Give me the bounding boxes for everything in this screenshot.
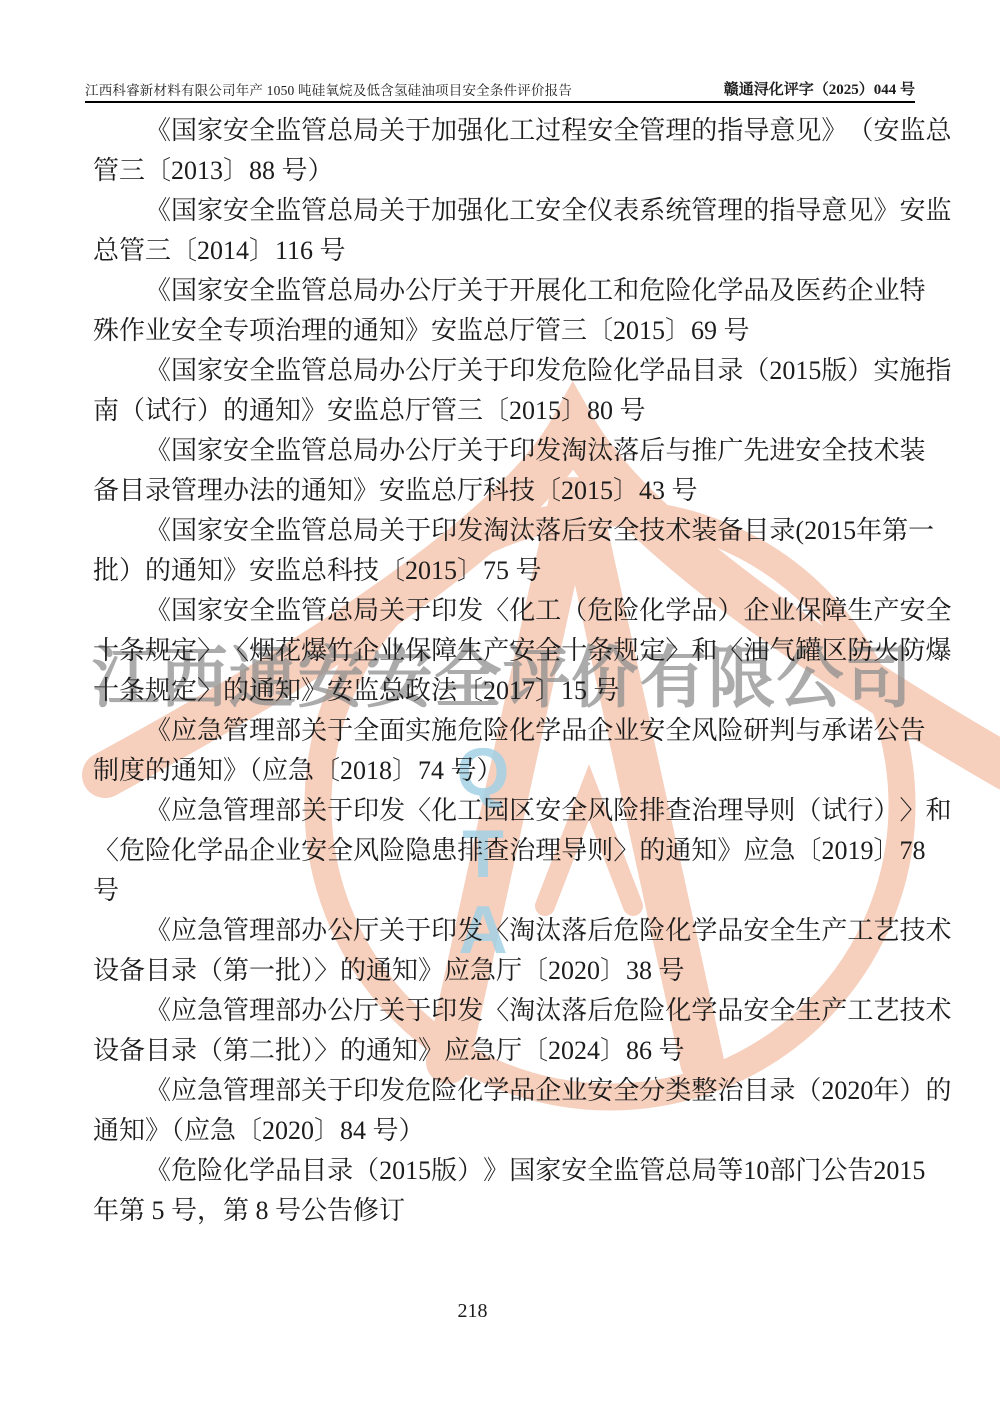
body-line-token: 见 [795, 111, 821, 151]
body-line-token: 《 [145, 711, 171, 751]
body-line-token: 印 [431, 991, 457, 1031]
body-line-token: 治 [691, 791, 717, 831]
body-line-token: 面 [379, 711, 405, 751]
body-line-token: 管 [223, 911, 249, 951]
body-line-token: 品 [665, 351, 691, 391]
body-line-token: 关 [379, 991, 405, 1031]
body-line-token: 安 [223, 591, 249, 631]
body-line-token: 十 [93, 631, 119, 671]
body-line-token: 业 [275, 831, 301, 871]
body-line-token: 治 [717, 1071, 743, 1111]
body-line-token: 关 [457, 431, 483, 471]
body-line-token: 办 [379, 351, 405, 391]
body-line-token: 整 [691, 1071, 717, 1111]
body-line-token: 危 [119, 831, 145, 871]
body-line-token: 全 [821, 431, 847, 471]
body-line-token: 化 [665, 991, 691, 1031]
body-line-token: 管 [301, 431, 327, 471]
body-line-token: 全 [561, 791, 587, 831]
body-line-token: 安 [899, 191, 925, 231]
body-line-token: 后 [639, 431, 665, 471]
body-line-token: 〕 [873, 831, 899, 871]
body-line-token: 十 [561, 631, 587, 671]
body-line-token: 总 [327, 111, 353, 151]
body-line-token: 安 [223, 511, 249, 551]
body-line-token: 急 [197, 1071, 223, 1111]
body-line-token: 全 [665, 711, 691, 751]
body-line-token: 药 [821, 271, 847, 311]
body-line-token: 指 [769, 191, 795, 231]
body-line-token: 理 [665, 111, 691, 151]
body-line-token: 安 [587, 1071, 613, 1111]
body-line-token: 监 [275, 351, 301, 391]
body-line-token: 生 [795, 911, 821, 951]
body-line-token: 化 [457, 1071, 483, 1111]
body-line-token: 《 [145, 431, 171, 471]
body-line-token: 局 [353, 271, 379, 311]
body-line-token: 2020 [821, 1071, 873, 1111]
body-line-token: 〉 [613, 831, 639, 871]
body-line-token: 工 [847, 991, 873, 1031]
body-line-token: 推 [691, 431, 717, 471]
body-line-token: 施 [431, 711, 457, 751]
body-line-token: 工 [535, 591, 561, 631]
body-line-token: 国 [171, 191, 197, 231]
body-line-token: 国 [171, 431, 197, 471]
body-line-token: 导 [795, 191, 821, 231]
body-line-token: 程 [561, 111, 587, 151]
body-line-token: 竹 [327, 631, 353, 671]
body-line-token: 实 [405, 711, 431, 751]
body-line-token: 于 [483, 351, 509, 391]
body-line-token: 录 [769, 511, 795, 551]
body-line-token: 管 [223, 991, 249, 1031]
body-line-token: 品 [275, 1151, 301, 1191]
body-line-token: 年 [873, 1071, 899, 1111]
body-line-token: 国 [171, 511, 197, 551]
body-line-token: 工 [509, 111, 535, 151]
body-line: 通知》（应急〔2020〕84 号） [93, 1111, 915, 1151]
body-line-token: 见 [847, 191, 873, 231]
body-line-token: 关 [457, 271, 483, 311]
body-line-token: 产 [873, 591, 899, 631]
body-line-token: 》 [483, 1151, 509, 1191]
body-line-token: 管 [639, 1151, 665, 1191]
body-line-token: 应 [743, 831, 769, 871]
body-line-token: 急 [197, 911, 223, 951]
body-line-token: 全 [327, 831, 353, 871]
body-line-token: 急 [197, 711, 223, 751]
body-line-token: 化 [483, 191, 509, 231]
body-line: 《国家安全监管总局关于加强化工安全仪表系统管理的指导意见》安监 [93, 191, 915, 231]
body-line-token: 局 [353, 191, 379, 231]
body-line-token: 定 [639, 631, 665, 671]
body-line-token: 全 [249, 431, 275, 471]
body-line-token: 汰 [535, 991, 561, 1031]
body-line-token: 油 [743, 631, 769, 671]
body-line: 管三〔2013〕88 号） [93, 151, 915, 191]
body-line-token: （ [561, 591, 587, 631]
body-line-token: 办 [301, 911, 327, 951]
body-line-token: 后 [587, 911, 613, 951]
body-line-token: 险 [145, 831, 171, 871]
body-line-token: 《 [145, 271, 171, 311]
body-line-token: 监 [275, 111, 301, 151]
body-line-token: 品 [509, 1071, 535, 1111]
body-line: 南（试行）的通知》安监总厅管三〔2015〕80 号 [93, 391, 915, 431]
body-line-token: 险 [717, 711, 743, 751]
body-line-token: 关 [379, 111, 405, 151]
body-line-token: 风 [587, 791, 613, 831]
body-line-token: 生 [795, 991, 821, 1031]
body-line-token: 学 [535, 711, 561, 751]
body-line-token: 理 [249, 791, 275, 831]
body-line-token: 的 [691, 111, 717, 151]
body-line-token: 全 [769, 911, 795, 951]
body-line-token: 实 [873, 351, 899, 391]
body-line-token: 生 [847, 591, 873, 631]
body-line-token: 保 [405, 631, 431, 671]
body-line-token: 《 [145, 351, 171, 391]
body-line-token: 导 [743, 791, 769, 831]
body-line-token: 应 [171, 711, 197, 751]
body-line-token: 查 [665, 791, 691, 831]
body-line-token: 办 [379, 271, 405, 311]
body-line-token: 监 [275, 431, 301, 471]
body-line-token: 管 [223, 791, 249, 831]
body-line-token: 发 [535, 431, 561, 471]
body-line-token: 规 [145, 631, 171, 671]
page-number: 218 [0, 1300, 945, 1323]
body-line-token: 的 [639, 831, 665, 871]
body-line-token: 险 [613, 791, 639, 831]
body-line-token: 花 [275, 631, 301, 671]
body-line-token: 业 [769, 591, 795, 631]
body-line-token: 产 [483, 631, 509, 671]
body-line-token: 工 [457, 791, 483, 831]
body-line-token: 监 [925, 191, 951, 231]
body-line-token: 监 [275, 511, 301, 551]
body-line-token: 公 [405, 431, 431, 471]
body-line-token: 总 [665, 1151, 691, 1191]
body-line-token: 学 [665, 591, 691, 631]
body-line-token: 汰 [535, 911, 561, 951]
body-line-token: 的 [743, 191, 769, 231]
body-line-token: 版 [431, 1151, 457, 1191]
body-line-token: 于 [405, 511, 431, 551]
body-line-token: 部 [275, 991, 301, 1031]
body-line-token: 监 [275, 191, 301, 231]
body-line-token: 企 [535, 1071, 561, 1111]
body-line-token: 展 [535, 271, 561, 311]
body-line-token: 全 [613, 111, 639, 151]
body-line-token: 学 [483, 1071, 509, 1111]
body-line: 设备目录（第二批）〉的通知》应急厅〔2024〕86 号 [93, 1031, 915, 1071]
body-line-token: 淘 [509, 991, 535, 1031]
body-line-token: 知 [691, 831, 717, 871]
body-line-token: 化 [509, 591, 535, 631]
body-line-token: 化 [431, 791, 457, 831]
body-line: 《应急管理部关于印发〈化工园区安全风险排查治理导则（试行）〉和 [93, 791, 915, 831]
body-line-token: 化 [691, 271, 717, 311]
body-line-token: 学 [197, 831, 223, 871]
body-line-token: 承 [821, 711, 847, 751]
body-line-token: 学 [691, 991, 717, 1031]
body-line-token: 企 [847, 271, 873, 311]
body-line-token: 急 [769, 831, 795, 871]
body-line-token: 版 [821, 351, 847, 391]
body-line-token: 生 [457, 631, 483, 671]
body-line-token: 理 [249, 911, 275, 951]
body-line-token: 化 [509, 711, 535, 751]
body-line-token: 业 [379, 631, 405, 671]
body-line-token: 国 [171, 591, 197, 631]
body-line-token: 《 [145, 1071, 171, 1111]
body-line-token: 则 [587, 831, 613, 871]
body-line-token: 产 [821, 991, 847, 1031]
body-line-token: 行 [847, 791, 873, 831]
body-line-token: 录 [769, 1071, 795, 1111]
body-line-token: 险 [613, 591, 639, 631]
body-line: 备目录管理办法的通知》安监总厅科技〔2015〕43 号 [93, 471, 915, 511]
body-line-token: 危 [613, 911, 639, 951]
body-line-token: 〈 [405, 791, 431, 831]
body-line-token: 理 [249, 991, 275, 1031]
body-line: 年第 5 号，第 8 号公告修订 [93, 1191, 915, 1231]
body-line-token: 局 [353, 111, 379, 151]
body-line-token: 关 [457, 351, 483, 391]
body-line-token: 家 [197, 431, 223, 471]
body-line-token: 安 [223, 271, 249, 311]
body-line-token: 应 [171, 911, 197, 951]
body-line-token: 管 [301, 271, 327, 311]
body-line-token: 2015 [379, 1151, 431, 1191]
body-line: 《国家安全监管总局关于印发淘汰落后安全技术装备目录(2015年第一 [93, 511, 915, 551]
body-line-token: 技 [899, 911, 925, 951]
body-line-token: 落 [613, 431, 639, 471]
body-line-token: 判 [769, 711, 795, 751]
body-line-token: 监 [275, 591, 301, 631]
body-line-token: 导 [561, 831, 587, 871]
body-line-token: 安 [509, 631, 535, 671]
body-line-token: 管 [301, 351, 327, 391]
body-line-token: 办 [379, 431, 405, 471]
body-line-token: 总 [327, 271, 353, 311]
body-line-token: 安 [223, 111, 249, 151]
body-line-token: 烟 [249, 631, 275, 671]
body-line-token: 于 [327, 791, 353, 831]
body-line-token: 〔 [795, 831, 821, 871]
body-line-token: 〈 [483, 591, 509, 631]
body-line-token: 管 [223, 711, 249, 751]
body-line-token: 监 [899, 111, 925, 151]
body-line-token: 化 [561, 271, 587, 311]
body-line-token: 家 [197, 111, 223, 151]
body-line-token: 〈 [93, 831, 119, 871]
body-line: 批）的通知》安监总科技〔2015〕75 号 [93, 551, 915, 591]
body-line-token: 急 [197, 991, 223, 1031]
body-line-token: 化 [613, 351, 639, 391]
body-line-token: 〈 [223, 631, 249, 671]
body-line-token: 指 [925, 351, 951, 391]
body-line-token: 公 [873, 711, 899, 751]
body-line-token: 则 [769, 791, 795, 831]
body-line-token: 家 [197, 271, 223, 311]
body-line-token: 障 [821, 591, 847, 631]
body-line-token: 公 [327, 911, 353, 951]
body-line-token: 国 [509, 1151, 535, 1191]
body-line-token: 办 [301, 991, 327, 1031]
body-line-token: 化 [665, 911, 691, 951]
body-line-token: 局 [353, 511, 379, 551]
body-line-token: 业 [613, 711, 639, 751]
body-line-token: 工 [847, 911, 873, 951]
body-line-token: 厅 [431, 271, 457, 311]
body-line-token: 品 [717, 911, 743, 951]
body-line-token: （ [795, 791, 821, 831]
body-line-token: 〈 [483, 911, 509, 951]
body-line-token: 化 [223, 1151, 249, 1191]
body-line-token: 园 [483, 791, 509, 831]
body-line-token: 与 [795, 711, 821, 751]
body-line-token: 《 [145, 591, 171, 631]
body-line-token: 关 [301, 791, 327, 831]
body-line-token: 规 [613, 631, 639, 671]
body-line-token: 印 [431, 591, 457, 631]
body-line-token: 全 [249, 511, 275, 551]
body-line-token: 品 [691, 591, 717, 631]
body-line-token: 品 [223, 831, 249, 871]
body-line-token: 业 [873, 271, 899, 311]
body-line-token: 指 [717, 111, 743, 151]
body-line-token: 企 [587, 711, 613, 751]
body-line-token: 技 [847, 431, 873, 471]
body-line: 总管三〔2014〕116 号 [93, 231, 915, 271]
body-line-token: 落 [561, 911, 587, 951]
body-line-token: 〉 [197, 631, 223, 671]
body-line-token: 定 [171, 631, 197, 671]
body-line-token: 2015 [804, 511, 856, 551]
body-line: 《应急管理部关于印发危险化学品企业安全分类整治目录（2020年）的 [93, 1071, 915, 1111]
body-line-token: 家 [197, 511, 223, 551]
body-line-token: 危 [639, 271, 665, 311]
body-line-token: 总 [327, 191, 353, 231]
body-line-token: 安 [535, 191, 561, 231]
body-line-token: 家 [197, 591, 223, 631]
body-line-token: 危 [561, 351, 587, 391]
body-line-token: 和 [925, 791, 951, 831]
body-line-token: 意 [769, 111, 795, 151]
body-line-token: 全 [925, 591, 951, 631]
body-line-token: ） [899, 1071, 925, 1111]
body-line-token: 安 [743, 991, 769, 1031]
body-line-token: 业 [561, 1071, 587, 1111]
body-line-token: 公 [821, 1151, 847, 1191]
body-line-token: 全 [613, 511, 639, 551]
body-line-token: 化 [639, 591, 665, 631]
body-line-token: 总 [327, 591, 353, 631]
body-line-token: 施 [899, 351, 925, 391]
body-line-token: 险 [665, 271, 691, 311]
body-line-token: 应 [171, 1071, 197, 1111]
body-line-token: 全 [587, 1151, 613, 1191]
body-line-token: 部 [275, 791, 301, 831]
body-line-token: 加 [431, 191, 457, 231]
body-line-token: 意 [821, 191, 847, 231]
body-line-token: （ [795, 1071, 821, 1111]
body-line-token: 公 [405, 271, 431, 311]
body-line-token: 安 [561, 1151, 587, 1191]
body-line-token: ( [795, 511, 804, 551]
body-line-token: 系 [639, 191, 665, 231]
body-line-token: 《 [145, 991, 171, 1031]
body-line-token: 国 [171, 351, 197, 391]
body-line: 《应急管理部办公厅关于印发〈淘汰落后危险化学品安全生产工艺技术 [93, 991, 915, 1031]
body-line-token: 公 [405, 351, 431, 391]
body-line-token: 全 [249, 271, 275, 311]
body-line-token: 〉 [665, 631, 691, 671]
body-line-token: 2019 [821, 831, 873, 871]
body-line-token: 查 [483, 831, 509, 871]
body-line-token: 管 [301, 111, 327, 151]
body-line-token: 开 [509, 271, 535, 311]
body-line-token: 危 [587, 591, 613, 631]
body-line-token: 和 [691, 631, 717, 671]
body-line-token: 险 [379, 831, 405, 871]
body-line-token: 部 [275, 1071, 301, 1111]
body-line-token: 全 [249, 591, 275, 631]
body-line-token: 于 [327, 1071, 353, 1111]
body-line-token: 发 [457, 591, 483, 631]
body-line-token: 》 [873, 191, 899, 231]
body-line-token: 与 [665, 431, 691, 471]
body-line-token: 防 [847, 631, 873, 671]
body-line-token: 管 [301, 191, 327, 231]
body-line-token: 品 [561, 711, 587, 751]
body-line-token: 管 [301, 511, 327, 551]
body-line-token: 安 [899, 591, 925, 631]
body-line-token: 国 [171, 111, 197, 151]
body-line-token: 2015 [769, 351, 821, 391]
body-line-token: 技 [639, 511, 665, 551]
body-line-token: 险 [483, 711, 509, 751]
body-line-token: 发 [457, 991, 483, 1031]
body-line-token: 国 [171, 271, 197, 311]
body-line-token: 于 [405, 111, 431, 151]
body-line-token: 火 [873, 631, 899, 671]
body-line-token: 导 [743, 111, 769, 151]
body-text: 《国家安全监管总局关于加强化工过程安全管理的指导意见》（安监总管三〔2013〕8… [93, 111, 915, 1231]
body-line-token: 产 [821, 911, 847, 951]
body-line-token: 品 [743, 271, 769, 311]
body-line-token: 〉 [899, 791, 925, 831]
body-line-token: 条 [119, 631, 145, 671]
body-line: 《国家安全监管总局办公厅关于开展化工和危险化学品及医药企业特 [93, 271, 915, 311]
body-line-token: 的 [925, 1071, 951, 1111]
body-line-token: 学 [639, 351, 665, 391]
body-line: 《国家安全监管总局关于印发〈化工（危险化学品）企业保障生产安全 [93, 591, 915, 631]
body-line-token: 条 [587, 631, 613, 671]
body-line-token: 印 [509, 351, 535, 391]
body-line-token: 部 [769, 1151, 795, 1191]
body-line-token: 发 [379, 1071, 405, 1111]
body-line-token: 印 [353, 791, 379, 831]
body-line-token: 〈 [717, 631, 743, 671]
body-line-token: 表 [613, 191, 639, 231]
body-line-token: 工 [509, 191, 535, 231]
body-line-token: 家 [197, 351, 223, 391]
body-line-token: 管 [223, 1071, 249, 1111]
